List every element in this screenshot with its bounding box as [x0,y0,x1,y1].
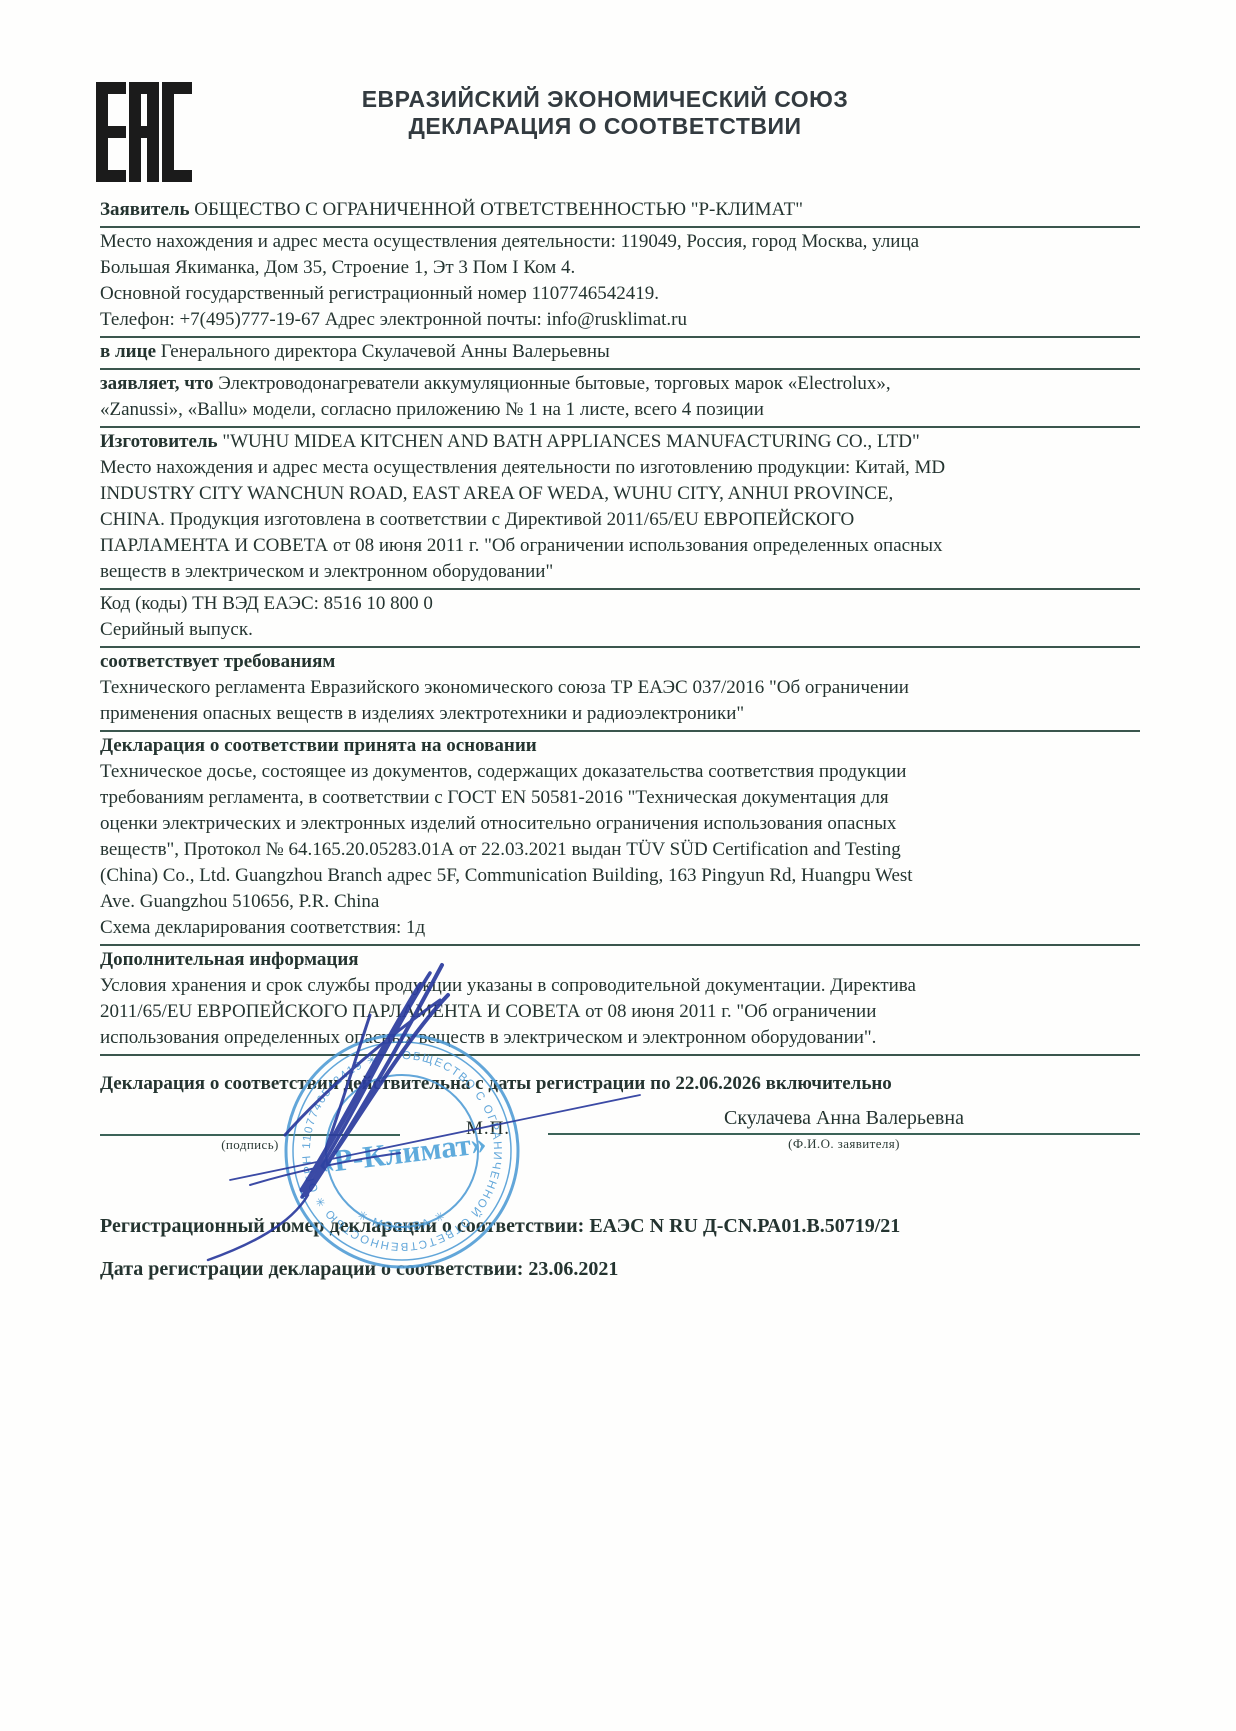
section-person: в лице Генерального директора Скулачевой… [100,338,1140,370]
applicant-name: ОБЩЕСТВО С ОГРАНИЧЕННОЙ ОТВЕТСТВЕННОСТЬЮ… [194,199,803,220]
additional-info-label: Дополнительная информация [100,947,1140,973]
manufacturer-first-line: Изготовитель "WUHU MIDEA KITCHEN AND BAT… [100,429,1140,455]
document-header: ЕВРАЗИЙСКИЙ ЭКОНОМИЧЕСКИЙ СОЮЗ ДЕКЛАРАЦИ… [300,86,910,140]
manufacturer-label: Изготовитель [100,431,218,452]
manufacturer-details: Место нахождения и адрес места осуществл… [100,455,1140,585]
manufacturer-name: "WUHU MIDEA KITCHEN AND BATH APPLIANCES … [222,431,919,452]
stamp-place-label: М.П. [428,1105,548,1181]
fio-area: Скулачева Анна Валерьевна (Ф.И.О. заявит… [548,1105,1140,1181]
person-label: в лице [100,341,156,362]
section-additional-info: Дополнительная информация Условия хранен… [100,946,1140,1056]
header-document-type: ДЕКЛАРАЦИЯ О СООТВЕТСТВИИ [300,113,910,140]
person-value: Генерального директора Скулачевой Анны В… [161,341,610,362]
header-union-name: ЕВРАЗИЙСКИЙ ЭКОНОМИЧЕСКИЙ СОЮЗ [300,86,910,113]
registration-number: Регистрационный номер декларации о соотв… [100,1213,1140,1239]
section-applicant-address: Место нахождения и адрес места осуществл… [100,228,1140,338]
basis-text: Техническое досье, состоящее из документ… [100,759,1140,941]
declares-label: заявляет, что [100,373,214,394]
applicant-fio: Скулачева Анна Валерьевна [548,1105,1140,1131]
section-declares: заявляет, что Электроводонагреватели акк… [100,370,1140,428]
section-codes: Код (коды) ТН ВЭД ЕАЭС: 8516 10 800 0 Се… [100,590,1140,648]
signature-block: (подпись) М.П. Скулачева Анна Валерьевна… [100,1105,1140,1181]
declares-product: Электроводонагреватели аккумуляционные б… [218,373,890,394]
fio-caption: (Ф.И.О. заявителя) [548,1135,1140,1152]
section-applicant: Заявитель ОБЩЕСТВО С ОГРАНИЧЕННОЙ ОТВЕТС… [100,196,1140,228]
declares-rest: «Zanussi», «Ballu» модели, согласно прил… [100,397,1140,423]
declares-first-line: заявляет, что Электроводонагреватели акк… [100,371,1140,397]
validity-statement: Декларация о соответствии действительна … [100,1071,1140,1097]
registration-date: Дата регистрации декларации о соответств… [100,1256,1140,1282]
section-manufacturer: Изготовитель "WUHU MIDEA KITCHEN AND BAT… [100,428,1140,590]
requirements-text: Технического регламента Евразийского эко… [100,675,1140,727]
signature-caption: (подпись) [100,1136,400,1153]
additional-info-text: Условия хранения и срок службы продукции… [100,973,1140,1051]
basis-label: Декларация о соответствии принята на осн… [100,733,1140,759]
eac-logo [96,82,192,182]
section-requirements: соответствует требованиям Технического р… [100,648,1140,732]
requirements-label: соответствует требованиям [100,649,1140,675]
section-basis: Декларация о соответствии принята на осн… [100,732,1140,946]
document-body: Заявитель ОБЩЕСТВО С ОГРАНИЧЕННОЙ ОТВЕТС… [100,196,1140,1282]
applicant-label: Заявитель [100,199,190,220]
signature-area: (подпись) [100,1105,400,1181]
declaration-document-page: ЕВРАЗИЙСКИЙ ЭКОНОМИЧЕСКИЙ СОЮЗ ДЕКЛАРАЦИ… [0,0,1236,1731]
